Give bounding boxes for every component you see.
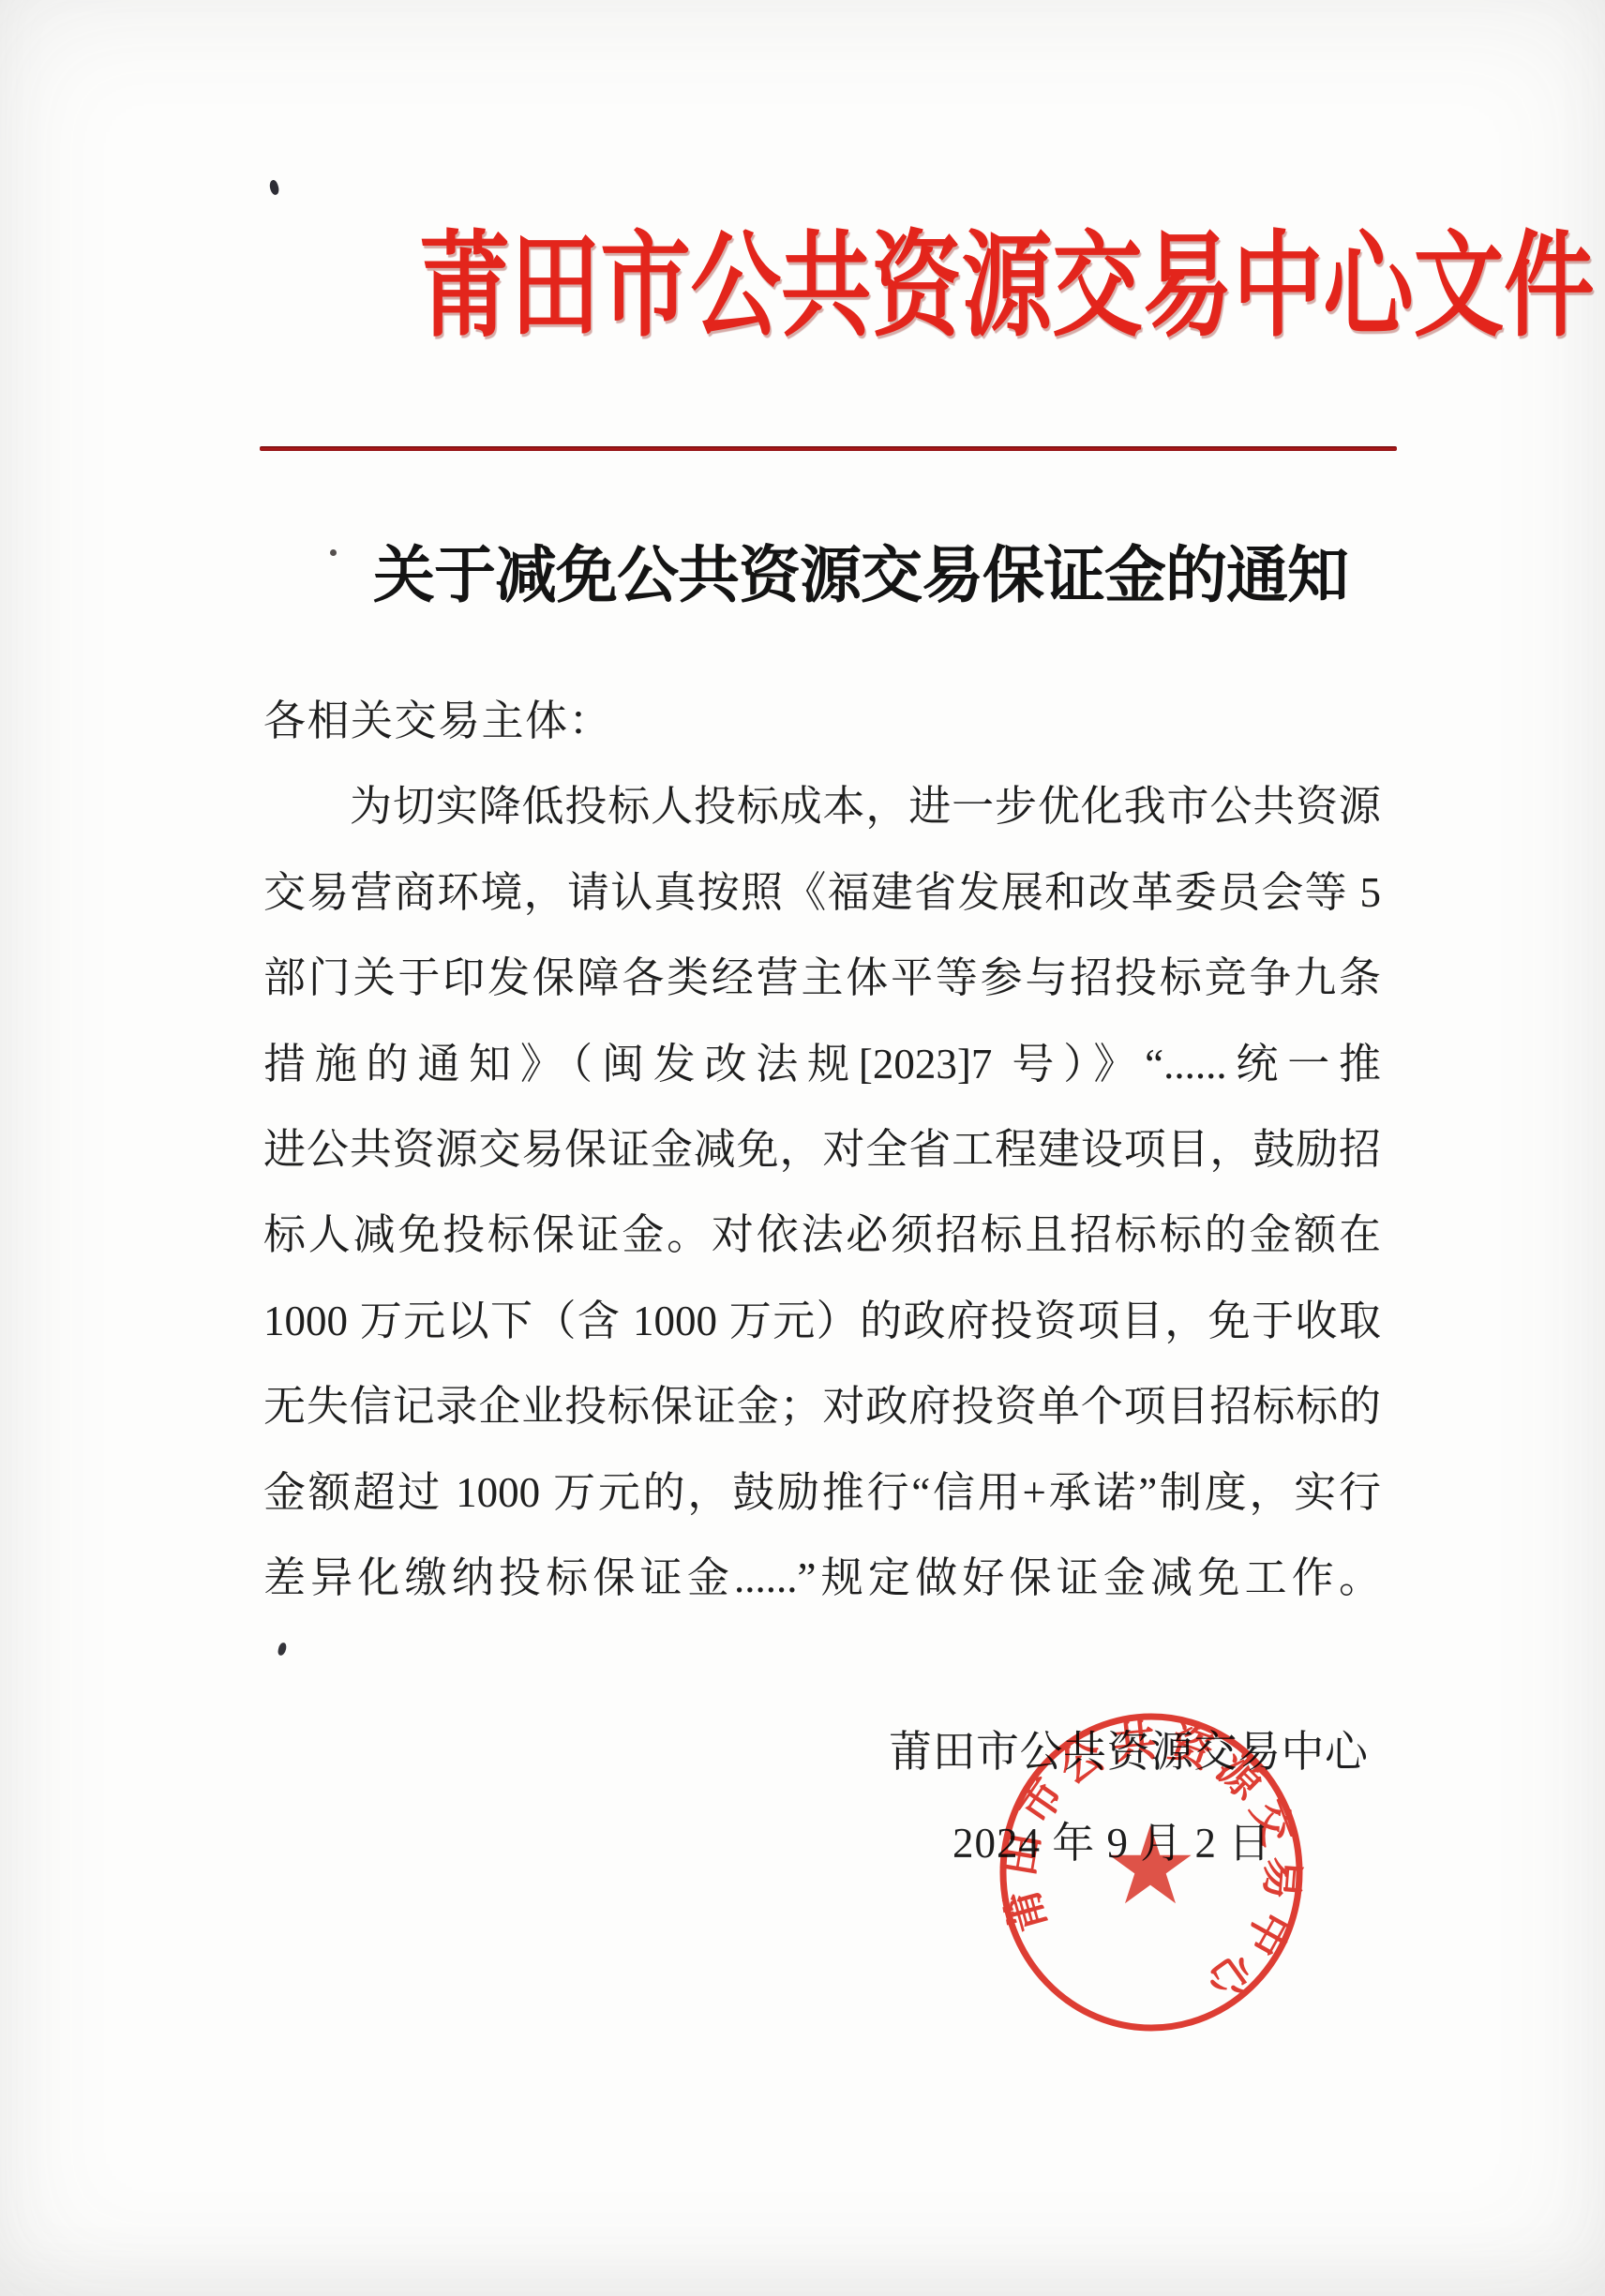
official-seal: 莆田市公共资源交易中心 [996,1709,1307,2035]
body-line: 部门关于印发保障各类经营主体平等参与招投标竞争九条 [263,936,1381,1021]
scan-speck [277,1642,288,1656]
body-line: 金额超过 1000 万元的，鼓励推行“信用+承诺”制度，实行 [263,1450,1381,1536]
body-line: 标人减免投标保证金。对依法必须招标且招标标的金额在 [263,1193,1381,1278]
salutation-line: 各相关交易主体： [263,679,1381,764]
document-body: 各相关交易主体： 为切实降低投标人投标成本，进一步优化我市公共资源 交易营商环境… [263,679,1381,1621]
body-line: 进公共资源交易保证金减免，对全省工程建设项目，鼓励招 [263,1107,1381,1193]
letterhead: 莆田市公共资源交易中心文件 [263,228,1381,348]
letterhead-title: 莆田市公共资源交易中心文件 [420,228,1595,348]
body-line: 为切实降低投标人投标成本，进一步优化我市公共资源 [263,764,1381,849]
star-icon [1109,1825,1191,1903]
scanned-official-document: 莆田市公共资源交易中心文件 关于减免公共资源交易保证金的通知 各相关交易主体： … [0,0,1605,2296]
body-line: 措施的通知》（闽发改法规[2023]7 号）》“......统一推 [263,1022,1381,1107]
body-line: 1000 万元以下（含 1000 万元）的政府投资项目，免于收取 [263,1279,1381,1364]
body-line: 差异化缴纳投标保证金......”规定做好保证金减免工作。 [263,1536,1381,1621]
body-line: 交易营商环境，请认真按照《福建省发展和改革委员会等 5 [263,850,1381,936]
document-title: 关于减免公共资源交易保证金的通知 [302,525,1419,614]
letterhead-rule [260,446,1397,451]
scan-speck [268,179,281,196]
body-line: 无失信记录企业投标保证金；对政府投资单个项目招标标的 [263,1364,1381,1449]
